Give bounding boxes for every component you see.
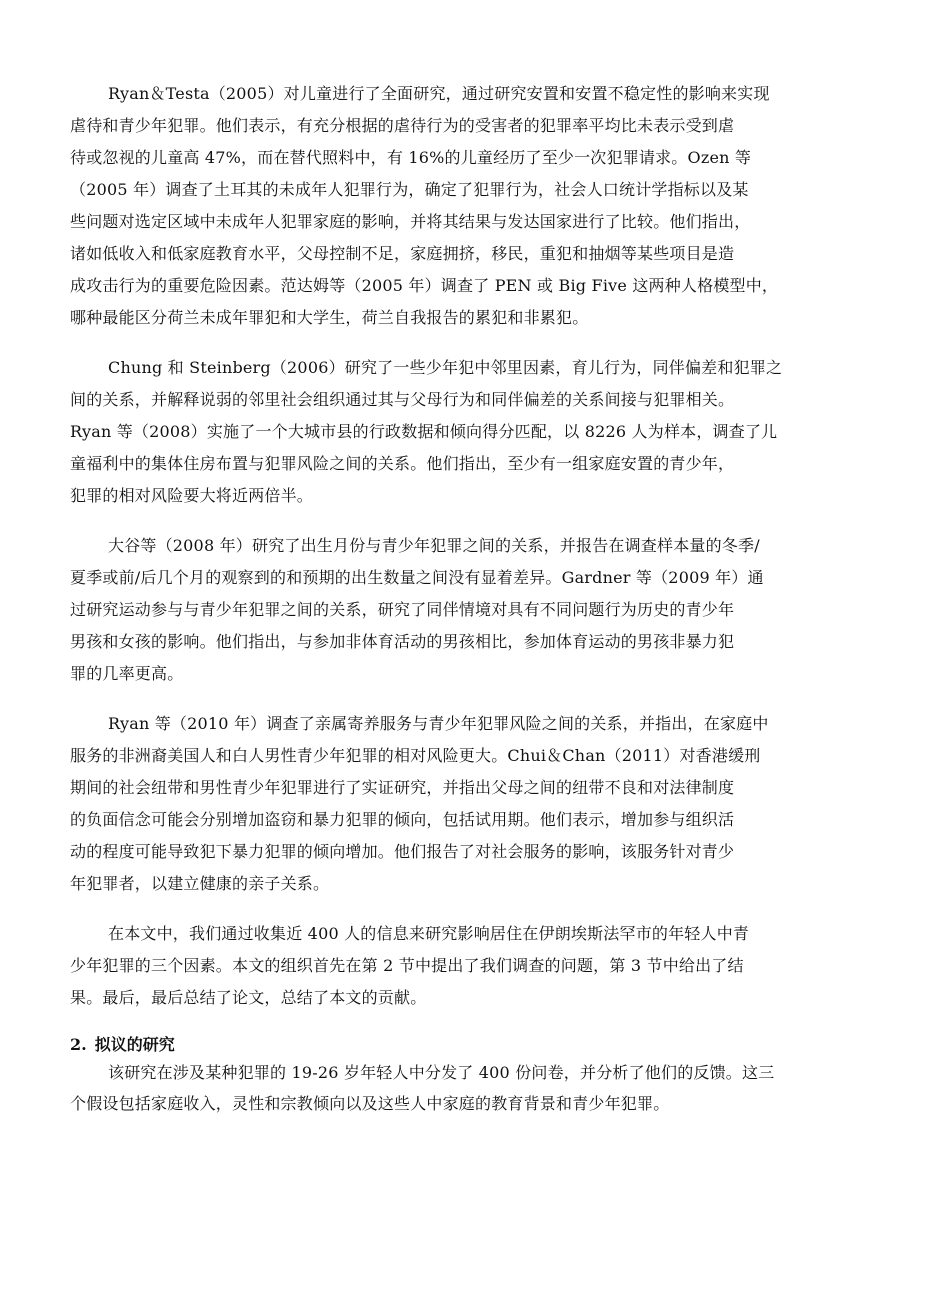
text-line: 过研究运动参与与青少年犯罪之间的关系，研究了同伴情境对具有不同问题行为历史的青少… xyxy=(70,594,860,626)
text-line: 罪的几率更高。 xyxy=(70,658,860,690)
paragraph-otani-gardner: 大谷等（2008 年）研究了出生月份与青少年犯罪之间的关系，并报告在调查样本量的… xyxy=(70,530,860,690)
text-line: 服务的非洲裔美国人和白人男性青少年犯罪的相对风险更大。Chui＆Chan（201… xyxy=(70,740,860,772)
text-line: 果。最后，最后总结了论文，总结了本文的贡献。 xyxy=(70,982,860,1014)
text-line: 待或忽视的儿童高 47%，而在替代照料中，有 16%的儿童经历了至少一次犯罪请求… xyxy=(70,142,860,174)
text-line: 该研究在涉及某种犯罪的 19-26 岁年轻人中分发了 400 份问卷，并分析了他… xyxy=(70,1058,860,1088)
text-line: 间的关系，并解释说弱的邻里社会组织通过其与父母行为和同伴偏差的关系间接与犯罪相关… xyxy=(70,384,860,416)
text-line: 诸如低收入和低家庭教育水平，父母控制不足，家庭拥挤，移民，重犯和抽烟等某些项目是… xyxy=(70,238,860,270)
text-line: 虐待和青少年犯罪。他们表示，有充分根据的虐待行为的受害者的犯罪率平均比未表示受到… xyxy=(70,110,860,142)
text-line: 些问题对选定区域中未成年人犯罪家庭的影响，并将其结果与发达国家进行了比较。他们指… xyxy=(70,206,860,238)
paragraph-ryan-testa: Ryan＆Testa（2005）对儿童进行了全面研究，通过研究安置和安置不稳定性… xyxy=(70,78,860,334)
section-number: 2. xyxy=(70,1035,87,1054)
paragraph-proposed-study: 该研究在涉及某种犯罪的 19-26 岁年轻人中分发了 400 份问卷，并分析了他… xyxy=(70,1058,860,1120)
paragraph-ryan-chui-chan: Ryan 等（2010 年）调查了亲属寄养服务与青少年犯罪风险之间的关系，并指出… xyxy=(70,708,860,900)
text-line: 年犯罪者，以建立健康的亲子关系。 xyxy=(70,868,860,900)
text-line: 犯罪的相对风险要大将近两倍半。 xyxy=(70,480,860,512)
text-line: Ryan＆Testa（2005）对儿童进行了全面研究，通过研究安置和安置不稳定性… xyxy=(70,78,860,110)
text-line: 哪种最能区分荷兰未成年罪犯和大学生，荷兰自我报告的累犯和非累犯。 xyxy=(70,302,860,334)
text-line: 男孩和女孩的影响。他们指出，与参加非体育活动的男孩相比，参加体育运动的男孩非暴力… xyxy=(70,626,860,658)
text-line: 期间的社会纽带和男性青少年犯罪进行了实证研究，并指出父母之间的纽带不良和对法律制… xyxy=(70,772,860,804)
text-line: Ryan 等（2008）实施了一个大城市县的行政数据和倾向得分匹配，以 8226… xyxy=(70,416,860,448)
document-page: Ryan＆Testa（2005）对儿童进行了全面研究，通过研究安置和安置不稳定性… xyxy=(70,78,860,1138)
text-line: Chung 和 Steinberg（2006）研究了一些少年犯中邻里因素，育儿行… xyxy=(70,352,860,384)
paragraph-this-paper: 在本文中，我们通过收集近 400 人的信息来研究影响居住在伊朗埃斯法罕市的年轻人… xyxy=(70,918,860,1014)
text-line: 个假设包括家庭收入，灵性和宗教倾向以及这些人中家庭的教育背景和青少年犯罪。 xyxy=(70,1088,860,1120)
text-line: Ryan 等（2010 年）调查了亲属寄养服务与青少年犯罪风险之间的关系，并指出… xyxy=(70,708,860,740)
text-line: 童福利中的集体住房布置与犯罪风险之间的关系。他们指出，至少有一组家庭安置的青少年… xyxy=(70,448,860,480)
text-line: 成攻击行为的重要危险因素。范达姆等（2005 年）调查了 PEN 或 Big F… xyxy=(70,270,860,302)
text-line: （2005 年）调查了土耳其的未成年人犯罪行为，确定了犯罪行为，社会人口统计学指… xyxy=(70,174,860,206)
text-line: 的负面信念可能会分别增加盗窃和暴力犯罪的倾向，包括试用期。他们表示，增加参与组织… xyxy=(70,804,860,836)
text-line: 少年犯罪的三个因素。本文的组织首先在第 2 节中提出了我们调查的问题，第 3 节… xyxy=(70,950,860,982)
text-line: 大谷等（2008 年）研究了出生月份与青少年犯罪之间的关系，并报告在调查样本量的… xyxy=(70,530,860,562)
section-title: 拟议的研究 xyxy=(95,1035,175,1054)
section-heading: 2.拟议的研究 xyxy=(70,1032,860,1058)
text-line: 夏季或前/后几个月的观察到的和预期的出生数量之间没有显着差异。Gardner 等… xyxy=(70,562,860,594)
text-line: 在本文中，我们通过收集近 400 人的信息来研究影响居住在伊朗埃斯法罕市的年轻人… xyxy=(70,918,860,950)
text-line: 动的程度可能导致犯下暴力犯罪的倾向增加。他们报告了对社会服务的影响，该服务针对青… xyxy=(70,836,860,868)
paragraph-chung-steinberg: Chung 和 Steinberg（2006）研究了一些少年犯中邻里因素，育儿行… xyxy=(70,352,860,512)
